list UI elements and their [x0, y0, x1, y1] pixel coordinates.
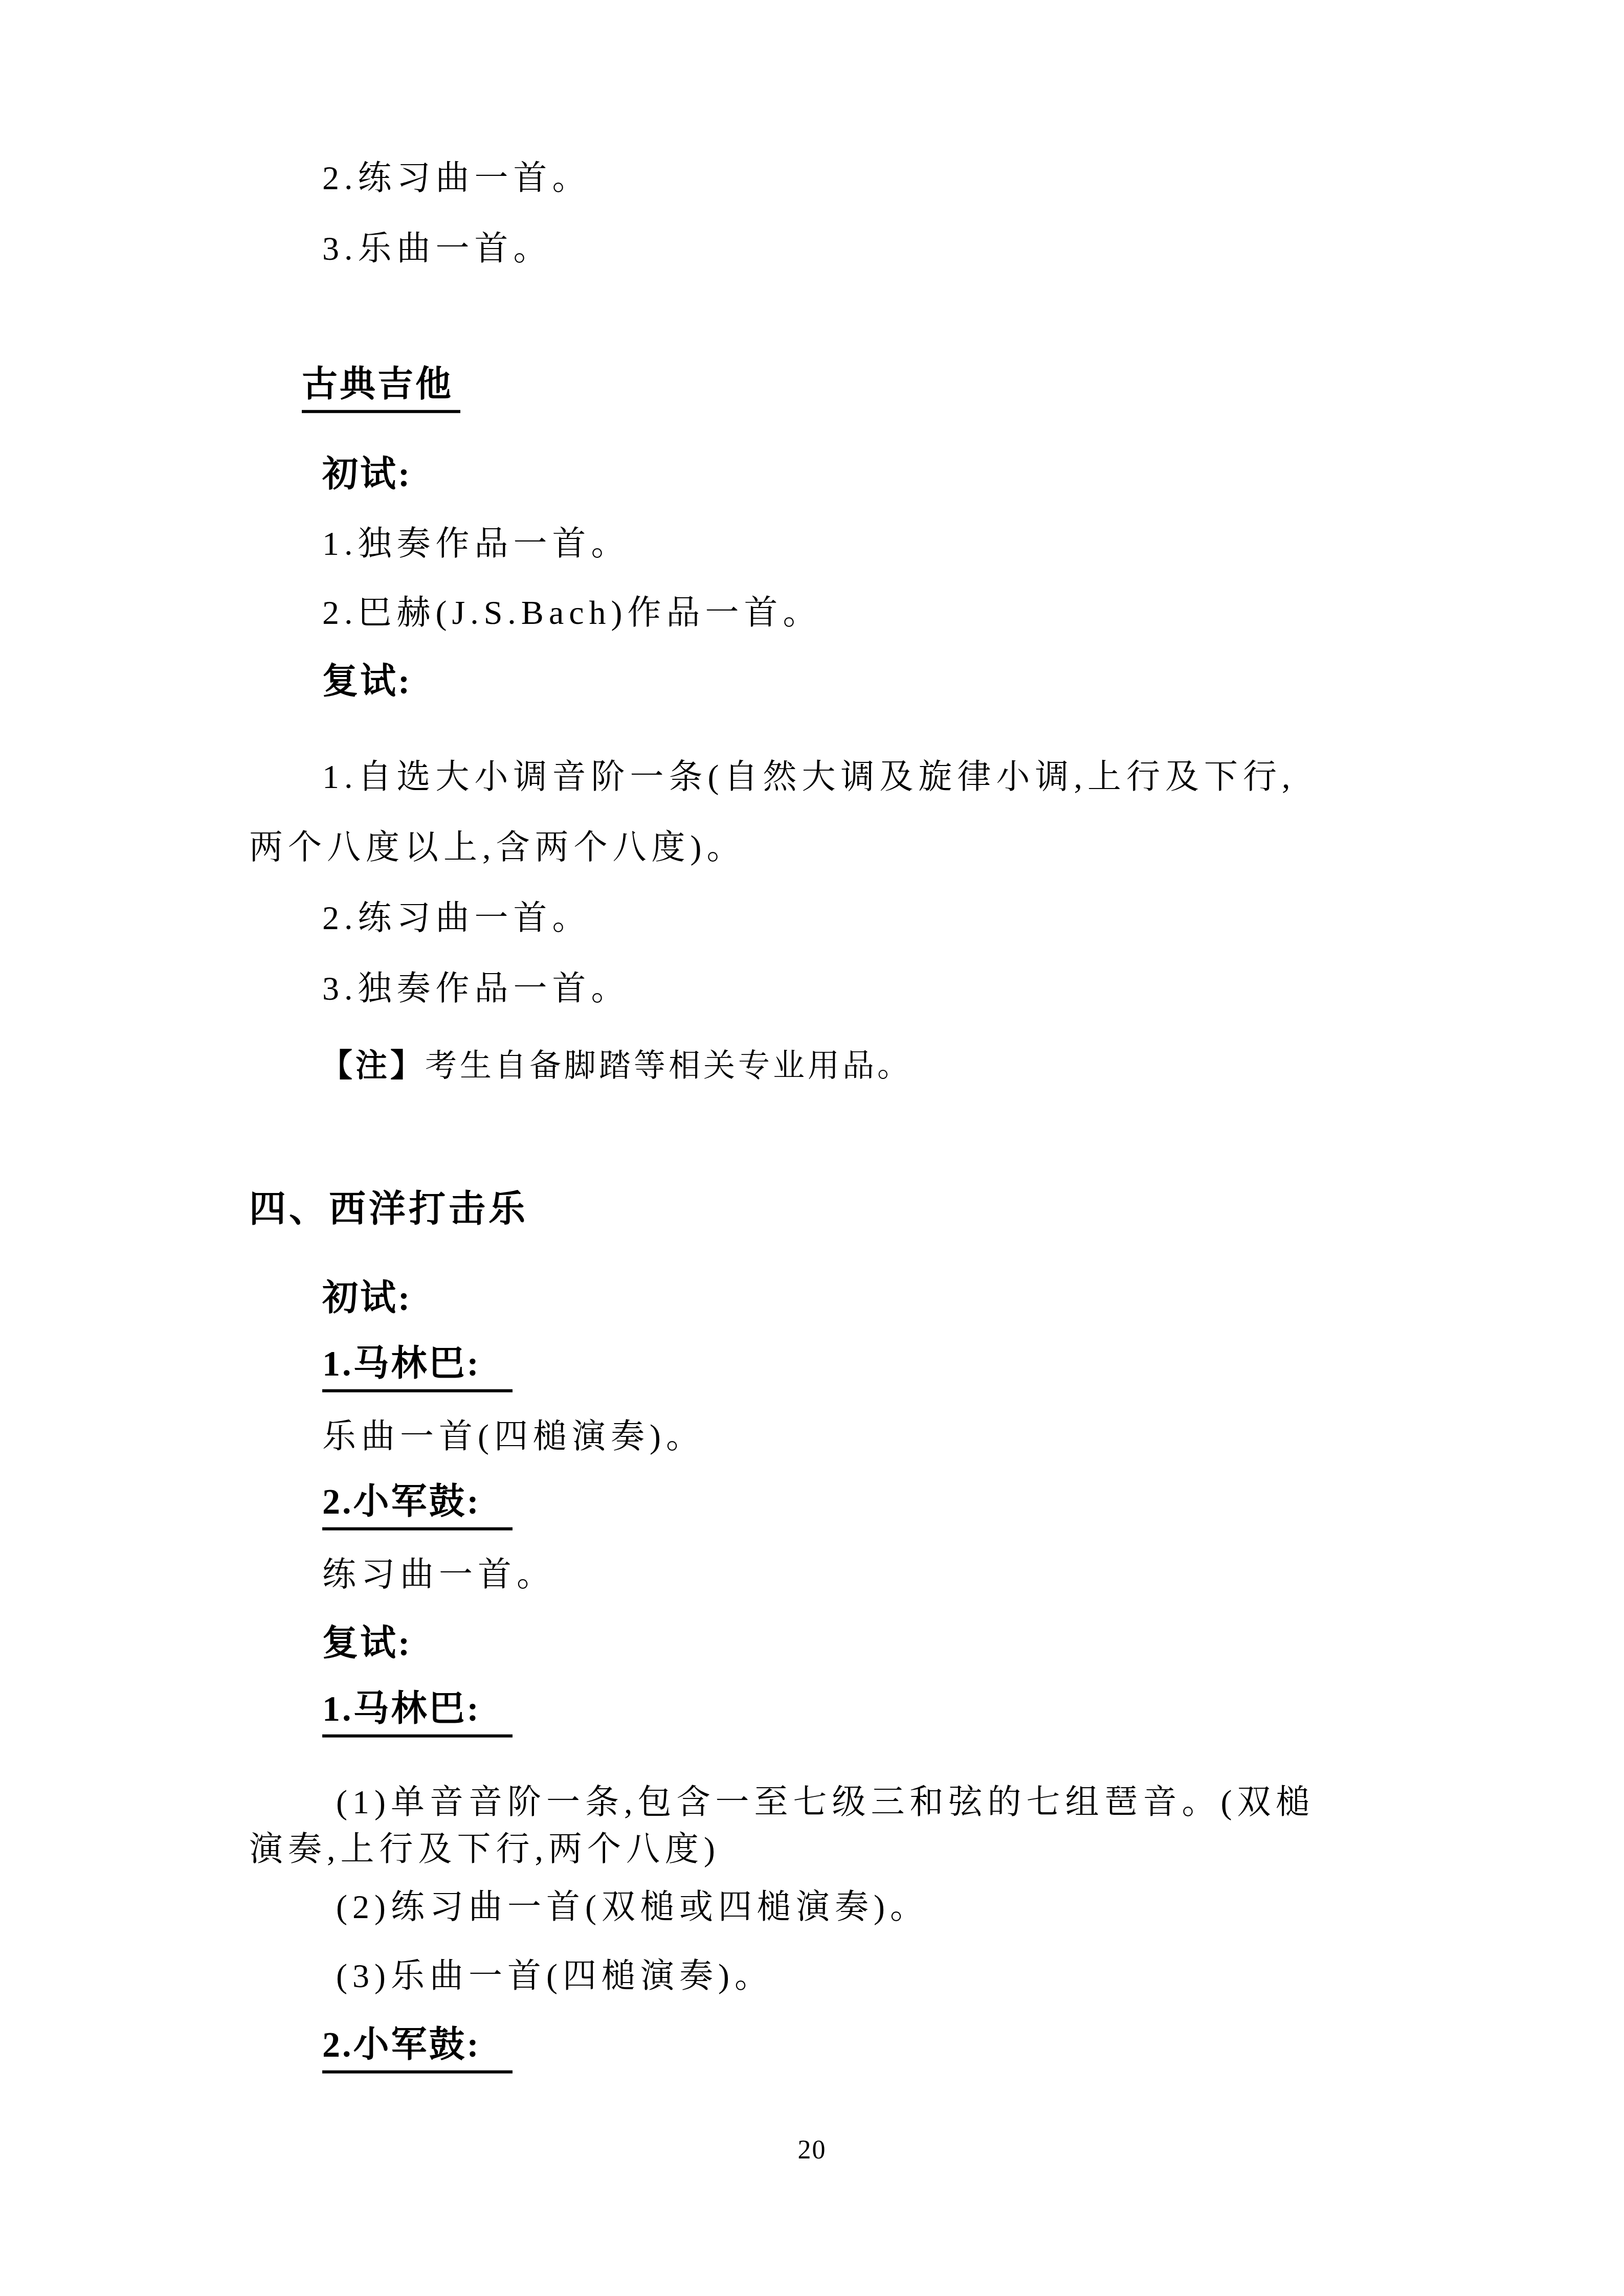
line-marimba-scale-1: (1)单音音阶一条,包含一至七级三和弦的七组琶音。(双槌: [336, 1783, 1315, 1822]
line-guitar-bach: 2.巴赫(J.S.Bach)作品一首。: [322, 594, 821, 633]
heading-snare-1: 2.小军鼓:: [322, 1482, 513, 1530]
heading-marimba-1: 1.马林巴:: [322, 1344, 513, 1392]
line-prev-etude: 2.练习曲一首。: [322, 159, 591, 198]
page-number: 20: [0, 2135, 1624, 2166]
heading-second-round-percussion: 复试:: [322, 1624, 412, 1665]
heading-marimba-2-label: 1.马林巴:: [322, 1689, 513, 1738]
line-guitar-scale-2: 两个八度以上,含两个八度)。: [249, 828, 745, 867]
line-snare-etude: 练习曲一首。: [322, 1556, 555, 1594]
line-guitar-solo-2: 3.独奏作品一首。: [322, 970, 630, 1008]
line-guitar-etude: 2.练习曲一首。: [322, 899, 591, 938]
heading-snare-2-label: 2.小军鼓:: [322, 2025, 513, 2074]
heading-classical-guitar-label: 古典吉他: [302, 365, 460, 413]
line-guitar-solo: 1.独奏作品一首。: [322, 525, 630, 564]
line-marimba-piece: 乐曲一首(四槌演奏)。: [322, 1417, 705, 1456]
heading-marimba-1-label: 1.马林巴:: [322, 1344, 513, 1392]
heading-first-round-guitar: 初试:: [322, 455, 412, 496]
heading-western-percussion: 四、西洋打击乐: [249, 1188, 528, 1230]
line-guitar-scale-1: 1.自选大小调音阶一条(自然大调及旋律小调,上行及下行,: [322, 758, 1295, 797]
line-prev-piece: 3.乐曲一首。: [322, 230, 552, 268]
heading-snare-1-label: 2.小军鼓:: [322, 1482, 513, 1530]
note-guitar-prefix: 【注】: [321, 1049, 425, 1084]
heading-first-round-percussion: 初试:: [322, 1278, 412, 1320]
heading-marimba-2: 1.马林巴:: [322, 1689, 513, 1738]
heading-snare-2: 2.小军鼓:: [322, 2025, 513, 2074]
document-page: 2.练习曲一首。 3.乐曲一首。 古典吉他 初试: 1.独奏作品一首。 2.巴赫…: [0, 0, 1624, 2296]
line-marimba-etude: (2)练习曲一首(双槌或四槌演奏)。: [336, 1888, 929, 1927]
line-marimba-scale-2: 演奏,上行及下行,两个八度): [249, 1830, 720, 1869]
heading-second-round-guitar: 复试:: [322, 662, 412, 703]
note-guitar: 【注】考生自备脚踏等相关专业用品。: [321, 1048, 912, 1085]
note-guitar-text: 考生自备脚踏等相关专业用品。: [425, 1049, 912, 1084]
heading-classical-guitar: 古典吉他: [302, 365, 460, 413]
line-marimba-piece-2: (3)乐曲一首(四槌演奏)。: [336, 1957, 773, 1996]
